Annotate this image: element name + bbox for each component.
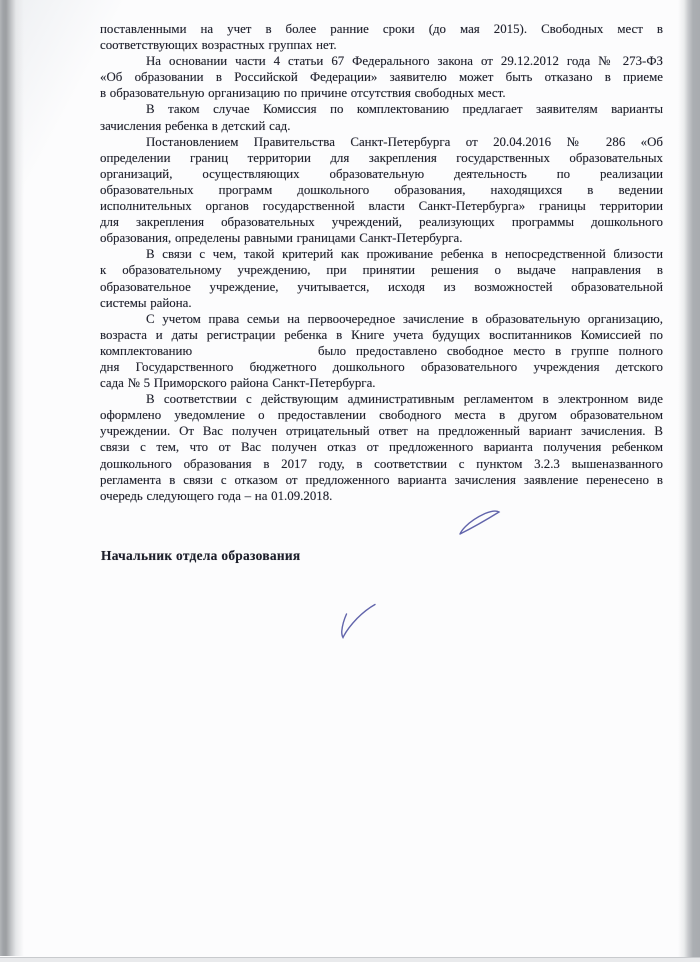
document-line: На основании части 4 статьи 67 Федеральн… <box>100 53 663 69</box>
document-line: регламента в связи с отказом от предложе… <box>100 472 663 488</box>
document-line: учреждении. От Вас получен отрицательный… <box>100 423 663 439</box>
document-line: В соответствии с действующим администрат… <box>100 391 663 407</box>
document-line: соответствующих возрастных группах нет. <box>100 37 663 53</box>
document-line: образовательное учреждение, учитывается,… <box>100 279 663 295</box>
document-line: к образовательному учреждению, при приня… <box>100 262 663 278</box>
scan-edge-bottom <box>0 957 700 962</box>
scan-edge-right <box>678 0 700 962</box>
document-line: образовательных программ дошкольного обр… <box>100 182 663 198</box>
document-line: организаций, осуществляющих образователь… <box>100 166 663 182</box>
document-line: в образовательную организацию по причине… <box>100 85 663 101</box>
document-line: исполнительных органов государственной в… <box>100 198 663 214</box>
document-line: образования, определены равными границам… <box>100 230 663 246</box>
document-line: Постановлением Правительства Санкт-Петер… <box>100 134 663 150</box>
document-line: поставленными на учет в более ранние сро… <box>100 21 663 37</box>
document-line: оформлено уведомление о предоставлении с… <box>100 407 663 423</box>
document-body-text: поставленными на учет в более ранние сро… <box>100 21 663 504</box>
pen-flourish-mark <box>460 511 499 534</box>
document-line: очередь следующего года – на 01.09.2018. <box>100 488 663 504</box>
document-line: зачисления ребенка в детский сад. <box>100 118 663 134</box>
document-line: системы района. <box>100 295 663 311</box>
document-line: В таком случае Комиссия по комплектовани… <box>100 101 663 117</box>
document-line: комплектованию было предоставлено свобод… <box>100 343 663 359</box>
document-line: В связи с чем, такой критерий как прожив… <box>100 246 663 262</box>
document-line: С учетом права семьи на первоочередное з… <box>100 311 663 327</box>
document-line: связи с тем, что от Вас получен отказ от… <box>100 439 663 455</box>
scan-edge-left <box>0 0 24 956</box>
document-line: дошкольного образования в 2017 году, в с… <box>100 456 663 472</box>
document-line: определении границ территории для закреп… <box>100 150 663 166</box>
document-line: «Об образовании в Российской Федерации» … <box>100 69 663 85</box>
document-line: сада № 5 Приморского района Санкт-Петерб… <box>100 375 663 391</box>
document-line: дня Государственного бюджетного дошкольн… <box>100 359 663 375</box>
redacted-blank-space <box>202 354 308 355</box>
pen-check-mark <box>342 605 375 638</box>
document-line: возраста и даты регистрации ребенка в Кн… <box>100 327 663 343</box>
signature-title: Начальник отдела образования <box>101 548 661 564</box>
document-line: для закрепления образовательных учрежден… <box>100 214 663 230</box>
scanned-page: поставленными на учет в более ранние сро… <box>0 0 700 962</box>
